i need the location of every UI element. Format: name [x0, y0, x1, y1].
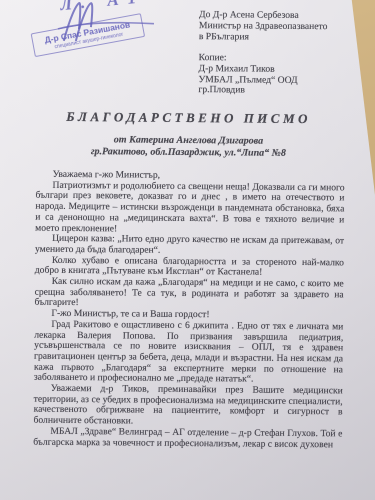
letter-title: БЛАГОДАРСТВЕНО ПИСМО — [1, 108, 375, 127]
paragraph: Как силно искам да кажа „Благодаря“ на м… — [34, 277, 343, 312]
photo-of-letter: Л. А1 Д-р Спас Разишанов специалист акуш… — [0, 0, 375, 500]
paragraph: Патриотизмът и родолюбието са свещени не… — [35, 180, 344, 236]
letter-content: Л. А1 Д-р Спас Разишанов специалист акуш… — [0, 0, 375, 500]
paragraph: Уважаеми д-р Тиков, преминавайки през Ва… — [33, 384, 342, 430]
letter-paper: Л. А1 Д-р Спас Разишанов специалист акуш… — [0, 0, 375, 500]
letter-body: Уважаема г-жо Министър, Патриотизмът и р… — [33, 170, 344, 451]
recipient-block: До Д-р Асена Сербезова Министър на Здрав… — [198, 10, 327, 97]
copy-line: гр.Пловдив — [198, 86, 327, 98]
recipient-line: в РБългария — [199, 32, 328, 44]
letter-author-address: гр.Ракитово, обл.Пазарджик, ул.“Липа“ №8 — [1, 145, 375, 159]
paragraph: Град Ракитово е ощастливено с 6 джипита … — [34, 320, 344, 387]
paragraph: МБАЛ „Здраве“ Велинград – АГ отделение –… — [33, 427, 342, 451]
